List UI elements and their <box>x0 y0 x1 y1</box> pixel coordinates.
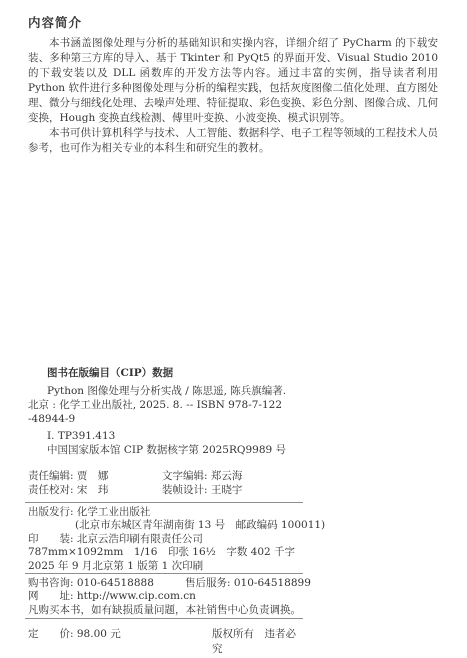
text-editor: 文字编辑: 郑云海 <box>162 469 242 483</box>
price-row: 定 价: 98.00 元 版权所有 违者必究 <box>28 626 306 656</box>
designer: 装帧设计: 王晓宇 <box>162 483 242 497</box>
staff-row: 责任编辑: 贾 娜 文字编辑: 郑云海 <box>28 469 328 483</box>
after-sales-phone: 售后服务: 010-64518899 <box>185 577 311 590</box>
publisher-address: (北京市东城区青年湖南街 13 号 邮政编码 100011) <box>28 519 348 532</box>
summary-section: 内容简介 本书涵盖图像处理与分析的基础知识和实操内容，详细介绍了 PyCharm… <box>28 13 438 156</box>
divider <box>25 618 303 619</box>
cip-publisher-line: 北京 : 化学工业出版社, 2025. 8. -- ISBN 978-7-122 <box>28 398 358 412</box>
cip-title-line: Python 图像处理与分析实战 / 陈思遥, 陈兵旗编著. <box>28 384 358 398</box>
responsible-editor: 责任编辑: 贾 娜 <box>28 469 162 483</box>
copyright-page: 内容简介 本书涵盖图像处理与分析的基础知识和实操内容，详细介绍了 PyCharm… <box>0 0 467 658</box>
copyright-notice: 版权所有 违者必究 <box>212 626 306 656</box>
publishing-section: 出版发行: 化学工业出版社 (北京市东城区青年湖南街 13 号 邮政编码 100… <box>28 506 348 573</box>
phone-row: 购书咨询: 010-64518888 售后服务: 010-64518899 <box>28 577 338 590</box>
summary-paragraph-2: 本书可供计算机科学与技术、人工智能、数据科学、电子工程等领域的工程技术人员参考，… <box>28 126 438 156</box>
contact-section: 购书咨询: 010-64518888 售后服务: 010-64518899 网 … <box>28 577 338 617</box>
publisher-line: 出版发行: 化学工业出版社 <box>28 506 348 519</box>
cip-isbn-continuation: -48944-9 <box>28 412 358 426</box>
cip-record-number: 中国国家版本馆 CIP 数据核字第 2025RQ9989 号 <box>28 443 358 457</box>
printer-line: 印 装: 北京云浩印刷有限责任公司 <box>28 533 348 546</box>
cip-heading: 图书在版编目（CIP）数据 <box>28 366 358 380</box>
staff-section: 责任编辑: 贾 娜 文字编辑: 郑云海 责任校对: 宋 玮 装帧设计: 王晓宇 <box>28 469 328 497</box>
divider <box>25 502 303 503</box>
exchange-notice: 凡购买本书，如有缺损质量问题，本社销售中心负责调换。 <box>28 604 338 617</box>
divider <box>25 573 303 574</box>
price: 定 价: 98.00 元 <box>28 626 212 656</box>
staff-row: 责任校对: 宋 玮 装帧设计: 王晓宇 <box>28 483 328 497</box>
summary-heading: 内容简介 <box>28 13 438 31</box>
format-line: 787mm×1092mm 1/16 印张 16½ 字数 402 千字 <box>28 546 348 559</box>
cip-section: 图书在版编目（CIP）数据 Python 图像处理与分析实战 / 陈思遥, 陈兵… <box>28 366 358 457</box>
purchase-phone: 购书咨询: 010-64518888 <box>28 577 185 590</box>
cip-classification: Ⅰ. TP391.413 <box>28 429 358 443</box>
website-line: 网 址: http://www.cip.com.cn <box>28 590 338 603</box>
summary-paragraph-1: 本书涵盖图像处理与分析的基础知识和实操内容，详细介绍了 PyCharm 的下载安… <box>28 36 438 126</box>
proofreader: 责任校对: 宋 玮 <box>28 483 162 497</box>
edition-line: 2025 年 9 月北京第 1 版第 1 次印刷 <box>28 560 348 573</box>
